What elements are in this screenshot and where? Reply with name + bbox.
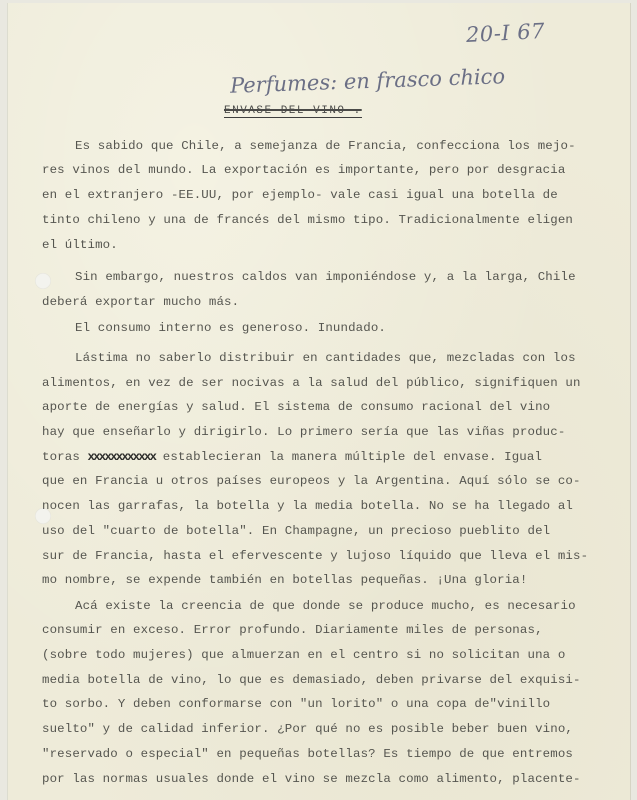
text-line: uso del "cuarto de botella". En Champagn… bbox=[42, 524, 550, 538]
text-line: (sobre todo mujeres) que almuerzan en el… bbox=[42, 648, 565, 662]
text-line: mo nombre, se expende también en botella… bbox=[42, 573, 527, 587]
text-line: media botella de vino, lo que es demasia… bbox=[42, 673, 581, 687]
text-line: Lástima no saberlo distribuir en cantida… bbox=[75, 351, 576, 365]
text-line: hay que enseñarlo y dirigirlo. Lo primer… bbox=[42, 425, 565, 439]
text-line: aporte de energías y salud. El sistema d… bbox=[42, 400, 550, 414]
text-fragment: toras bbox=[42, 450, 80, 464]
text-line: "reservado o especial" en pequeñas botel… bbox=[42, 747, 573, 761]
text-line: en el extranjero -EE.UU, por ejemplo- va… bbox=[42, 188, 558, 202]
struck-out-text: xxxxxxxxxxxx bbox=[88, 450, 156, 464]
text-line: alimentos, en vez de ser nocivas a la sa… bbox=[42, 376, 581, 390]
text-line: suelto" y de calidad inferior. ¿Por qué … bbox=[42, 722, 573, 736]
text-line: Es sabido que Chile, a semejanza de Fran… bbox=[75, 139, 576, 153]
text-line: to sorbo. Y deben conformarse con "un lo… bbox=[42, 697, 550, 711]
text-line: Sin embargo, nuestros caldos van imponié… bbox=[75, 270, 576, 284]
text-line: res vinos del mundo. La exportación es i… bbox=[42, 163, 565, 177]
text-line: por las normas usuales donde el vino se … bbox=[42, 772, 581, 786]
text-line: deberá exportar mucho más. bbox=[42, 295, 239, 309]
text-line: consumir en exceso. Error profundo. Diar… bbox=[42, 623, 543, 637]
text-line: sur de Francia, hasta el efervescente y … bbox=[42, 549, 588, 563]
text-line: que en Francia u otros países europeos y… bbox=[42, 474, 581, 488]
text-line: el último. bbox=[42, 238, 118, 252]
text-fragment: establecieran la manera múltiple del env… bbox=[163, 450, 542, 464]
text-line: Acá existe la creencia de que donde se p… bbox=[75, 599, 576, 613]
text-line: tinto chileno y una de francés del mismo… bbox=[42, 213, 573, 227]
text-line: nocen las garrafas, la botella y la medi… bbox=[42, 499, 573, 513]
typewritten-page: 20-I 67 Perfumes: en frasco chico ENVASE… bbox=[7, 3, 631, 800]
text-line: El consumo interno es generoso. Inundado… bbox=[75, 321, 386, 335]
document-body: Es sabido que Chile, a semejanza de Fran… bbox=[8, 3, 630, 800]
text-line: toras xxxxxxxxxxxx establecieran la mane… bbox=[42, 450, 542, 464]
